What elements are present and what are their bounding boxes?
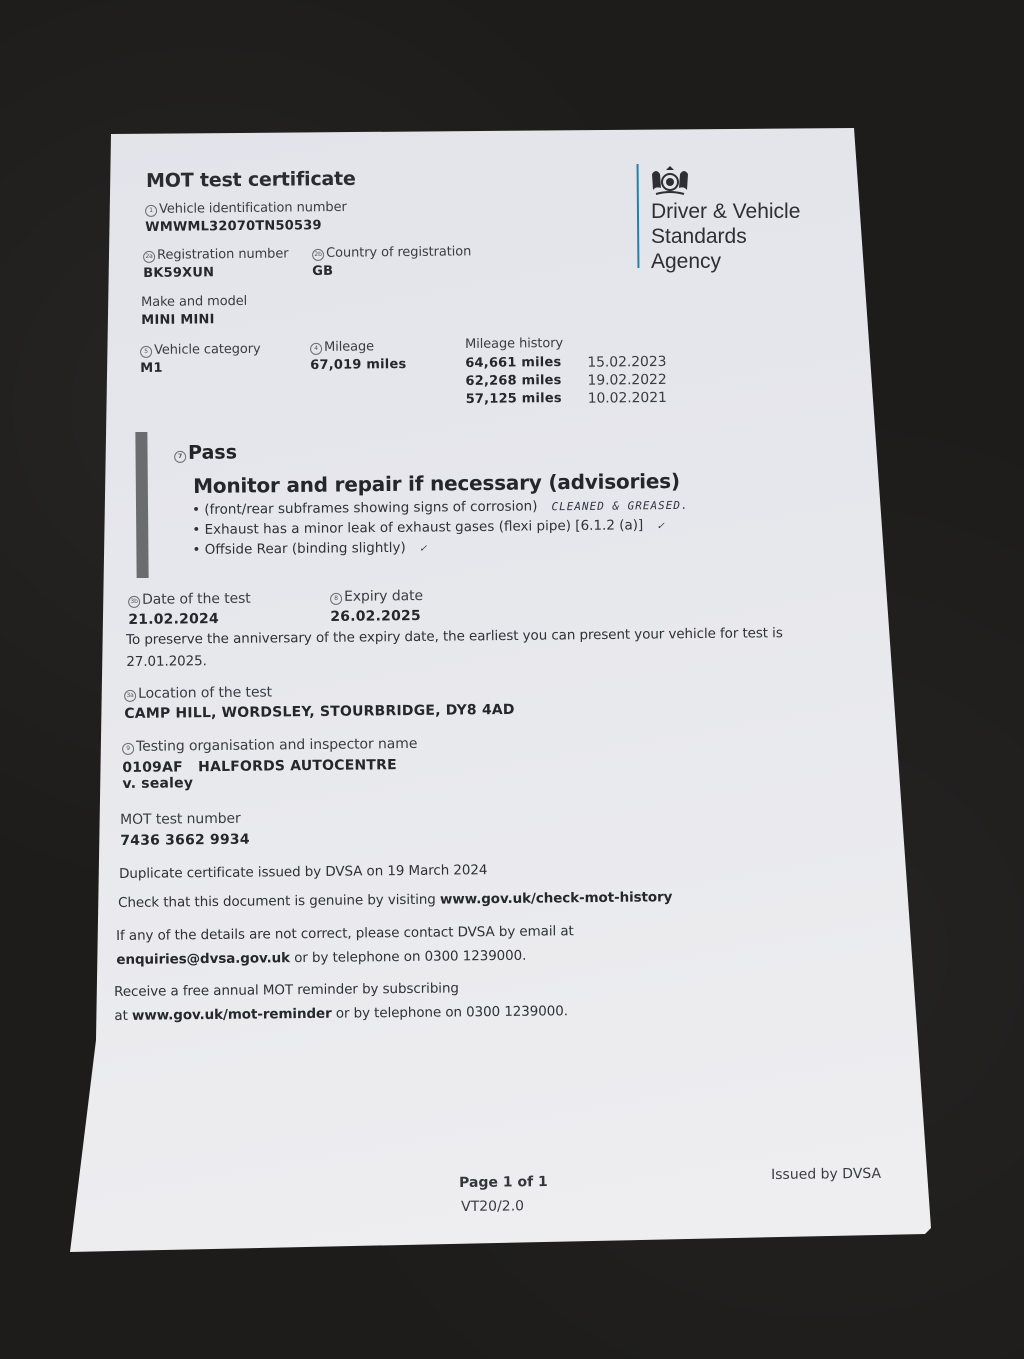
field-marker-icon: 2b (312, 249, 324, 261)
advisories-title: Monitor and repair if necessary (advisor… (193, 469, 680, 498)
genuine-check-text: Check that this document is genuine by v… (118, 892, 440, 911)
handwritten-note: ✓ (657, 519, 665, 532)
field-marker-icon: 9 (122, 743, 134, 755)
result-status: 7Pass (174, 441, 237, 464)
result-bar (135, 432, 148, 578)
agency-name-line1: Driver & Vehicle (651, 199, 800, 224)
advisory-text: (front/rear subframes showing signs of c… (204, 498, 537, 517)
vin-label: Vehicle identification number (159, 200, 347, 217)
handwritten-note: ✓ (420, 542, 428, 555)
location-field: 3aLocation of the test CAMP HILL, WORDSL… (124, 682, 515, 722)
make-model-label: Make and model (141, 294, 247, 310)
registration-label: Registration number (157, 246, 289, 262)
agency-accent-bar (637, 164, 640, 268)
test-date-label: Date of the test (142, 591, 251, 608)
organisation-code: 0109AF (122, 759, 183, 776)
registration-field: 2aRegistration number BK59XUN (143, 246, 289, 281)
mileage-field: 4Mileage 67,019 miles (310, 339, 406, 373)
royal-coat-of-arms-icon (648, 164, 692, 198)
field-marker-icon: 8 (330, 593, 342, 605)
anniversary-note-line1: To preserve the anniversary of the expir… (126, 625, 783, 648)
mileage-value: 67,019 miles (310, 357, 406, 373)
mileage-history-date: 19.02.2022 (587, 372, 666, 389)
bullet-icon: • (192, 522, 204, 538)
field-marker-icon: 5 (140, 346, 152, 358)
mileage-history-miles: 64,661 miles (465, 355, 587, 372)
inspector-name: v. sealey (122, 773, 417, 792)
test-date-field: 3bDate of the test 21.02.2024 (128, 591, 251, 628)
genuine-check: Check that this document is genuine by v… (118, 889, 672, 911)
country-field: 2bCountry of registration GB (312, 244, 471, 279)
expiry-date-field: 8Expiry date 26.02.2025 (330, 588, 423, 625)
reminder-prefix: at (114, 1008, 132, 1024)
mileage-history-miles: 57,125 miles (466, 391, 588, 408)
vin-field: 1Vehicle identification number WMWML3207… (145, 200, 347, 235)
mileage-history-date: 10.02.2021 (588, 390, 667, 407)
make-model-field: Make and model MINI MINI (141, 294, 247, 328)
mileage-label: Mileage (324, 339, 374, 355)
registration-value: BK59XUN (143, 264, 289, 281)
organisation-name: HALFORDS AUTOCENTRE (198, 757, 397, 775)
field-marker-icon: 4 (310, 343, 322, 355)
result-status-text: Pass (188, 441, 237, 464)
mileage-history-row: 57,125 miles10.02.2021 (466, 390, 667, 408)
organisation-label: Testing organisation and inspector name (136, 736, 417, 755)
field-marker-icon: 1 (145, 205, 157, 217)
country-label: Country of registration (326, 244, 471, 261)
mileage-history-date: 15.02.2023 (587, 354, 666, 371)
agency-name-line2: Standards (651, 224, 800, 249)
make-model-value: MINI MINI (141, 312, 247, 328)
expiry-date-value: 26.02.2025 (330, 608, 423, 625)
check-mot-history-link[interactable]: www.gov.uk/check-mot-history (440, 889, 673, 907)
mileage-history-label: Mileage history (465, 335, 666, 352)
mileage-history-row: 62,268 miles19.02.2022 (465, 372, 666, 390)
dvsa-email-link[interactable]: enquiries@dvsa.gov.uk (116, 950, 290, 968)
advisory-text: Exhaust has a minor leak of exhaust gase… (204, 517, 643, 538)
field-marker-icon: 3a (124, 690, 136, 702)
category-value: M1 (140, 360, 261, 376)
mileage-history-row: 64,661 miles15.02.2023 (465, 354, 666, 372)
advisories-list: • (front/rear subframes showing signs of… (192, 497, 689, 558)
bullet-icon: • (192, 542, 204, 558)
anniversary-note: To preserve the anniversary of the expir… (126, 625, 783, 670)
contact-note: If any of the details are not correct, p… (116, 919, 574, 972)
form-code: VT20/2.0 (461, 1198, 524, 1215)
category-label: Vehicle category (154, 342, 261, 358)
organisation-field: 9Testing organisation and inspector name… (122, 736, 418, 792)
contact-line2: or by telephone on 0300 1239000. (290, 948, 526, 966)
test-date-value: 21.02.2024 (128, 611, 251, 628)
field-marker-icon: 7 (174, 451, 186, 463)
mileage-history: Mileage history 64,661 miles15.02.202362… (465, 335, 667, 408)
handwritten-note: CLEANED & GREASED. (551, 499, 688, 513)
bullet-icon: • (192, 502, 204, 518)
location-value: CAMP HILL, WORDSLEY, STOURBRIDGE, DY8 4A… (124, 702, 515, 722)
agency-name-line3: Agency (651, 249, 800, 274)
duplicate-note: Duplicate certificate issued by DVSA on … (119, 862, 487, 882)
expiry-date-label: Expiry date (344, 588, 423, 605)
mot-reminder-link[interactable]: www.gov.uk/mot-reminder (132, 1006, 332, 1024)
agency-name: Driver & Vehicle Standards Agency (651, 199, 800, 274)
issued-by: Issued by DVSA (771, 1166, 881, 1183)
advisory-item: • Offside Rear (binding slightly)✓ (192, 537, 689, 558)
test-number-value: 7436 3662 9934 (120, 832, 250, 849)
advisory-item: • Exhaust has a minor leak of exhaust ga… (192, 517, 689, 538)
vin-value: WMWML32070TN50539 (145, 218, 347, 235)
test-number-label: MOT test number (120, 811, 250, 828)
certificate-title: MOT test certificate (146, 168, 356, 192)
advisory-text: Offside Rear (binding slightly) (205, 540, 406, 558)
country-value: GB (312, 262, 471, 279)
mot-certificate-page: MOT test certificate Driver & Vehicle St… (0, 0, 1024, 1359)
field-marker-icon: 2a (143, 251, 155, 263)
field-marker-icon: 3b (128, 596, 140, 608)
advisory-item: • (front/rear subframes showing signs of… (192, 497, 689, 518)
category-field: 5Vehicle category M1 (140, 342, 261, 376)
test-number-field: MOT test number 7436 3662 9934 (120, 811, 250, 849)
page-number: Page 1 of 1 (459, 1174, 548, 1191)
anniversary-note-date: 27.01.2025. (126, 647, 783, 670)
mileage-history-miles: 62,268 miles (465, 373, 587, 390)
location-label: Location of the test (138, 684, 272, 701)
reminder-line2: or by telephone on 0300 1239000. (332, 1003, 568, 1021)
reminder-note: Receive a free annual MOT reminder by su… (114, 975, 568, 1028)
